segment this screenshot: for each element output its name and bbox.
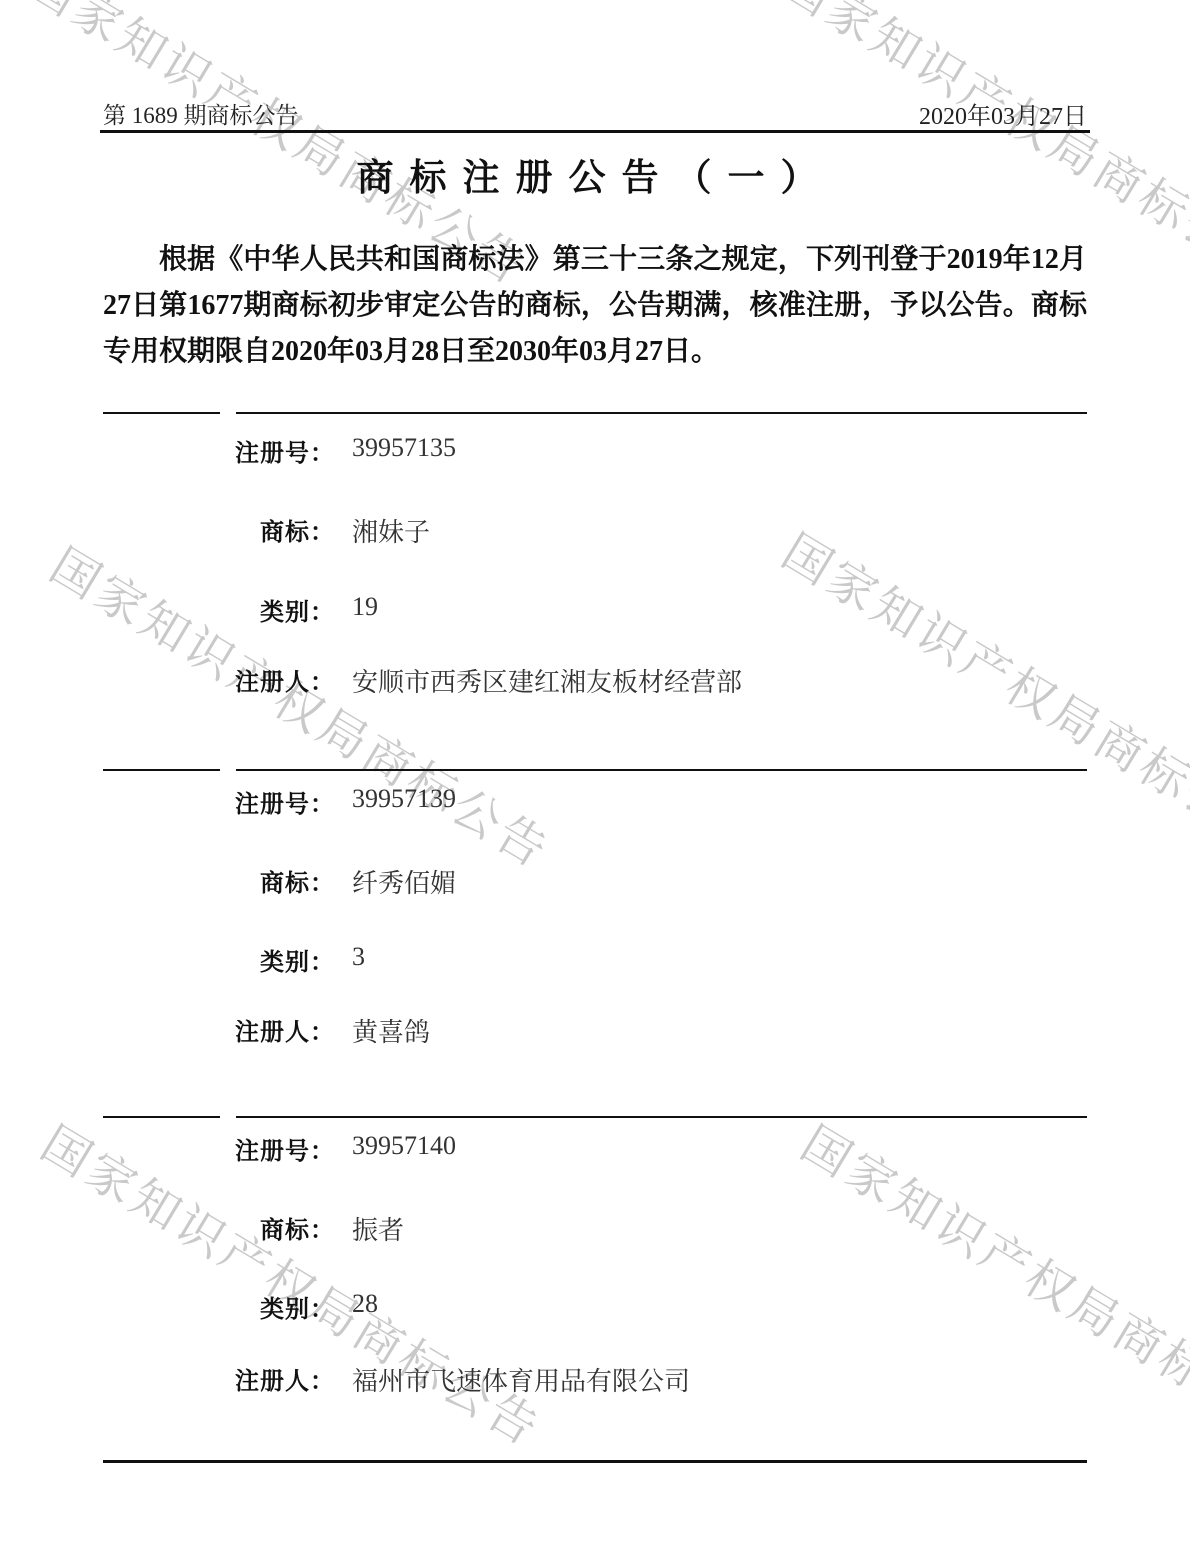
record-separator: [103, 769, 220, 771]
field-value-trademark: 纤秀佰媚: [352, 863, 456, 900]
field-value-reg-no: 39957140: [352, 1131, 456, 1161]
field-value-reg-no: 39957135: [352, 433, 456, 463]
field-label-category: 类别：: [103, 592, 335, 627]
field-label-registrant: 注册人：: [103, 1012, 335, 1047]
field-value-registrant: 安顺市西秀区建红湘友板材经营部: [352, 662, 742, 699]
field-value-category: 28: [352, 1289, 378, 1319]
record-separator: [236, 769, 1087, 771]
field-label-registrant: 注册人：: [103, 662, 335, 697]
record-separator: [236, 1116, 1087, 1118]
field-value-registrant: 黄喜鸽: [352, 1012, 430, 1049]
header-date: 2020年03月27日: [919, 96, 1087, 131]
field-value-category: 19: [352, 592, 378, 622]
field-value-registrant: 福州市飞速体育用品有限公司: [352, 1361, 690, 1398]
field-label-registrant: 注册人：: [103, 1361, 335, 1396]
field-label-reg-no: 注册号：: [103, 784, 335, 819]
record-separator: [103, 412, 220, 414]
field-value-trademark: 湘妹子: [352, 512, 430, 549]
field-label-trademark: 商标：: [103, 512, 335, 547]
field-label-category: 类别：: [103, 1289, 335, 1324]
watermark-text: 国家知识产权局商标公告: [790, 1106, 1190, 1460]
field-value-category: 3: [352, 942, 365, 972]
header-issue: 第 1689 期商标公告: [103, 97, 299, 130]
field-value-reg-no: 39957139: [352, 784, 456, 814]
field-label-category: 类别：: [103, 942, 335, 977]
field-value-trademark: 振者: [352, 1210, 404, 1247]
field-label-reg-no: 注册号：: [103, 433, 335, 468]
header-rule: [100, 130, 1090, 133]
intro-paragraph: 根据《中华人民共和国商标法》第三十三条之规定，下列刊登于2019年12月27日第…: [103, 237, 1087, 375]
field-label-trademark: 商标：: [103, 863, 335, 898]
page-title: 商标注册公告（一）: [0, 147, 1190, 201]
bottom-rule: [103, 1460, 1087, 1463]
record-separator: [236, 412, 1087, 414]
document-page: 国家知识产权局商标公告 国家知识产权局商标公告 国家知识产权局商标公告 国家知识…: [0, 0, 1190, 1564]
field-label-trademark: 商标：: [103, 1210, 335, 1245]
watermark-text: 国家知识产权局商标公告: [771, 514, 1190, 868]
field-label-reg-no: 注册号：: [103, 1131, 335, 1166]
record-separator: [103, 1116, 220, 1118]
watermark-text: 国家知识产权局商标公告: [39, 528, 565, 882]
